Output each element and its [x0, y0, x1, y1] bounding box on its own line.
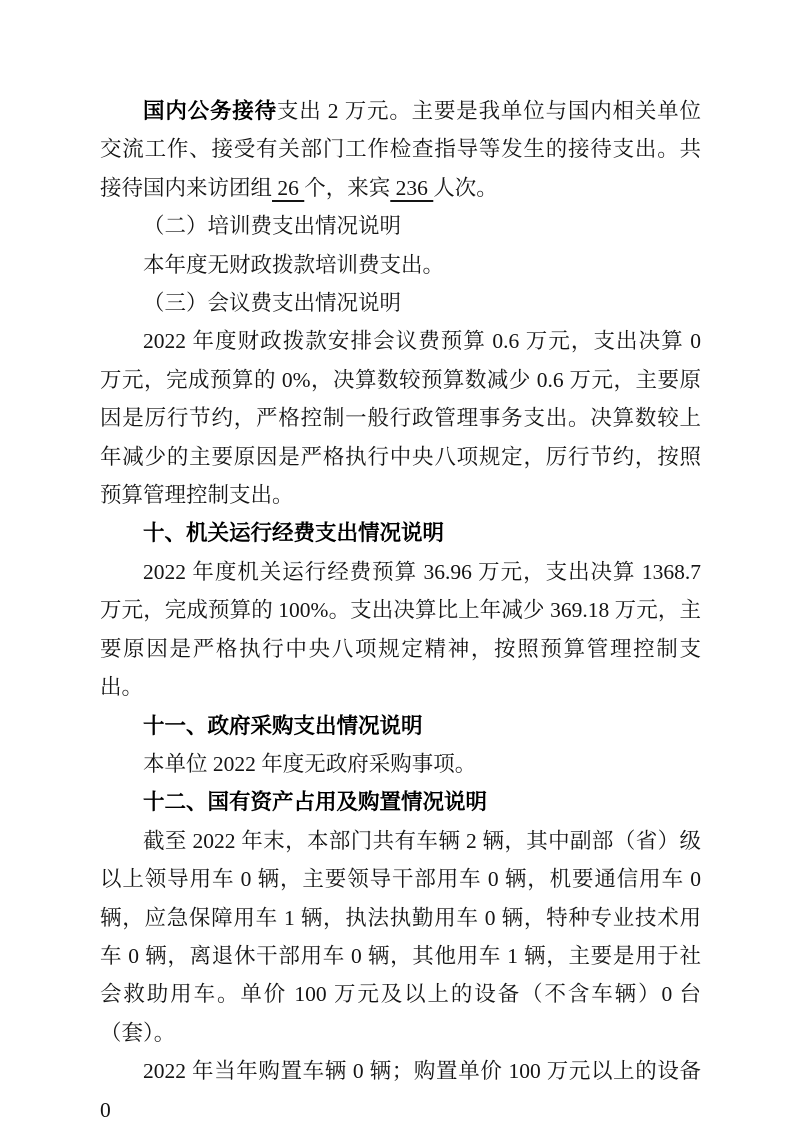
paragraph: 2022 年度机关运行经费预算 36.96 万元，支出决算 1368.7 万元，… [100, 553, 701, 707]
document-body: 国内公务接待支出 2 万元。主要是我单位与国内相关单位交流工作、接受有关部门工作… [100, 92, 701, 1122]
text-run: 个，来宾 [304, 176, 390, 200]
underlined-value: 26 [272, 176, 304, 200]
text-run: 十二、国有资产占用及购置情况说明 [143, 790, 487, 814]
section-heading: 十、机关运行经费支出情况说明 [100, 514, 701, 552]
text-run: 本单位 2022 年度无政府采购事项。 [143, 752, 476, 776]
text-run: （二）培训费支出情况说明 [143, 214, 401, 238]
document-page: 国内公务接待支出 2 万元。主要是我单位与国内相关单位交流工作、接受有关部门工作… [0, 0, 793, 1122]
paragraph: 本年度无财政拨款培训费支出。 [100, 246, 701, 284]
paragraph: 截至 2022 年末，本部门共有车辆 2 辆，其中副部（省）级以上领导用车 0 … [100, 822, 701, 1052]
text-run: 十一、政府采购支出情况说明 [143, 714, 423, 738]
paragraph: （二）培训费支出情况说明 [100, 207, 701, 245]
paragraph: 2022 年度财政拨款安排会议费预算 0.6 万元，支出决算 0 万元，完成预算… [100, 322, 701, 514]
paragraph: 2022 年当年购置车辆 0 辆；购置单价 100 万元以上的设备 0 [100, 1052, 701, 1122]
text-run: 十、机关运行经费支出情况说明 [143, 521, 444, 545]
text-run: （三）会议费支出情况说明 [143, 291, 401, 315]
section-heading: 十二、国有资产占用及购置情况说明 [100, 783, 701, 821]
text-run: 本年度无财政拨款培训费支出。 [143, 253, 444, 277]
text-run: 人次。 [433, 176, 498, 200]
text-run: 2022 年度财政拨款安排会议费预算 0.6 万元，支出决算 0 万元，完成预算… [100, 329, 701, 507]
section-heading: 十一、政府采购支出情况说明 [100, 707, 701, 745]
text-run: 截至 2022 年末，本部门共有车辆 2 辆，其中副部（省）级以上领导用车 0 … [100, 829, 701, 1045]
paragraph: 本单位 2022 年度无政府采购事项。 [100, 745, 701, 783]
underlined-value: 236 [390, 176, 433, 200]
paragraph: 国内公务接待支出 2 万元。主要是我单位与国内相关单位交流工作、接受有关部门工作… [100, 92, 701, 207]
text-run: 2022 年当年购置车辆 0 辆；购置单价 100 万元以上的设备 0 [100, 1059, 701, 1121]
paragraph: （三）会议费支出情况说明 [100, 284, 701, 322]
emphasis-text: 国内公务接待 [143, 99, 277, 123]
text-run: 2022 年度机关运行经费预算 36.96 万元，支出决算 1368.7 万元，… [100, 560, 701, 699]
